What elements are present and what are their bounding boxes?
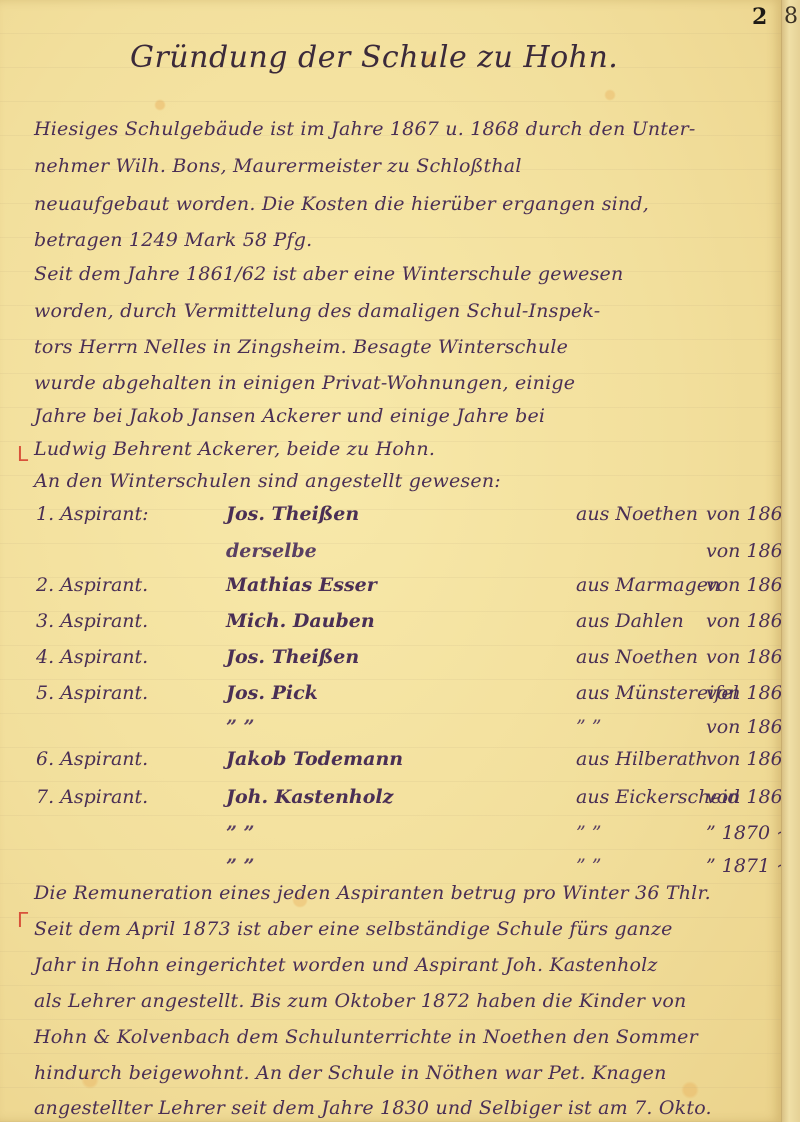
aspirant-origin: aus Eickerscheid: [576, 786, 706, 808]
paragraph-3-line: Hohn & Kolvenbach dem Schulunterrichte i…: [34, 1026, 698, 1048]
aspirant-name: ” ”: [226, 822, 576, 844]
paragraph-2-line: Jahre bei Jakob Jansen Ackerer und einig…: [34, 405, 545, 427]
paragraph-3-line: angestellter Lehrer seit dem Jahre 1830 …: [34, 1097, 712, 1119]
aspirant-number: 6. Aspirant.: [36, 748, 226, 770]
paragraph-3-line: Die Remuneration eines jeden Aspiranten …: [34, 882, 711, 904]
aspirant-name: ” ”: [226, 855, 576, 877]
manuscript-page: 2 Gründung der Schule zu Hohn. Hiesiges …: [0, 0, 782, 1122]
aspirant-origin: aus Noethen: [576, 503, 706, 525]
aspirant-row: 6. Aspirant.Jakob Todemannaus Hilberathv…: [36, 748, 800, 770]
aspirant-row: 1. Aspirant:Jos. Theißenaus Noethenvon 1…: [36, 503, 800, 525]
aspirant-name: Jos. Theißen: [226, 503, 576, 525]
aspirant-number: 5. Aspirant.: [36, 682, 226, 704]
aspirant-number: 1. Aspirant:: [36, 503, 226, 525]
aspirant-origin: aus Hilberath: [576, 748, 706, 770]
aspirant-name: Jos. Pick: [226, 682, 576, 704]
aspirant-name: Mathias Esser: [226, 574, 576, 596]
aspirant-row: ” ”” ”von 1867 ~ 1868.: [36, 716, 800, 738]
aspirant-row: 7. Aspirant.Joh. Kastenholzaus Eickersch…: [36, 786, 800, 808]
paragraph-3-line: Jahr in Hohn eingerichtet worden und Asp…: [34, 954, 658, 976]
aspirant-origin: ” ”: [576, 822, 706, 844]
aspirant-origin: ” ”: [576, 855, 706, 877]
paragraph-3-line: als Lehrer angestellt. Bis zum Oktober 1…: [34, 990, 686, 1012]
paragraph-1-line: nehmer Wilh. Bons, Maurermeister zu Schl…: [34, 155, 522, 177]
next-page-number: 8: [784, 4, 798, 29]
aspirant-name: ” ”: [226, 716, 576, 738]
aspirant-number: 4. Aspirant.: [36, 646, 226, 668]
aspirant-origin: aus Münstereifel: [576, 682, 706, 704]
aspirant-number: 3. Aspirant.: [36, 610, 226, 632]
paragraph-2-line: An den Winterschulen sind angestellt gew…: [34, 470, 501, 492]
aspirant-row: 5. Aspirant.Jos. Pickaus Münstereifelvon…: [36, 682, 800, 704]
paragraph-1-line: Hiesiges Schulgebäude ist im Jahre 1867 …: [34, 118, 696, 140]
aspirant-name: Joh. Kastenholz: [226, 786, 576, 808]
document-title: Gründung der Schule zu Hohn.: [130, 40, 650, 75]
aspirant-origin: aus Dahlen: [576, 610, 706, 632]
paragraph-1-line: betragen 1249 Mark 58 Pfg.: [34, 229, 312, 251]
aspirant-name: derselbe: [226, 540, 576, 562]
aspirant-number: 7. Aspirant.: [36, 786, 226, 808]
aspirant-origin: ” ”: [576, 716, 706, 738]
paragraph-2-line: tors Herrn Nelles in Zingsheim. Besagte …: [34, 336, 568, 358]
aspirant-row: ” ”” ”” 1870 ~ 1871.: [36, 822, 800, 844]
page-number: 2: [752, 4, 767, 30]
aspirant-row: 4. Aspirant.Jos. Theißenaus Noethenvon 1…: [36, 646, 800, 668]
aspirant-origin: aus Noethen: [576, 646, 706, 668]
aspirant-row: 2. Aspirant.Mathias Esseraus Marmagenvon…: [36, 574, 800, 596]
next-page-edge: [781, 0, 800, 1122]
aspirant-row: 3. Aspirant.Mich. Daubenaus Dahlenvon 18…: [36, 610, 800, 632]
aspirant-number: 2. Aspirant.: [36, 574, 226, 596]
paragraph-2-line: wurde abgehalten in einigen Privat-Wohnu…: [34, 372, 575, 394]
aspirant-row: derselbevon 1862 ~ 1863.: [36, 540, 800, 562]
aspirant-name: Jos. Theißen: [226, 646, 576, 668]
margin-mark: Г: [17, 908, 29, 932]
margin-mark: L: [17, 442, 28, 466]
paragraph-2-line: Seit dem Jahre 1861/62 ist aber eine Win…: [34, 263, 623, 285]
paragraph-3-line: hindurch beigewohnt. An der Schule in Nö…: [34, 1062, 667, 1084]
paragraph-2-line: Ludwig Behrent Ackerer, beide zu Hohn.: [34, 438, 435, 460]
paragraph-2-line: worden, durch Vermittelung des damaligen…: [34, 300, 600, 322]
aspirant-name: Jakob Todemann: [226, 748, 576, 770]
paragraph-3-line: Seit dem April 1873 ist aber eine selbst…: [34, 918, 673, 940]
aspirant-origin: aus Marmagen: [576, 574, 706, 596]
aspirant-name: Mich. Dauben: [226, 610, 576, 632]
paragraph-1-line: neuaufgebaut worden. Die Kosten die hier…: [34, 193, 649, 215]
aspirant-row: ” ”” ”” 1871 ~ 1872.: [36, 855, 800, 877]
